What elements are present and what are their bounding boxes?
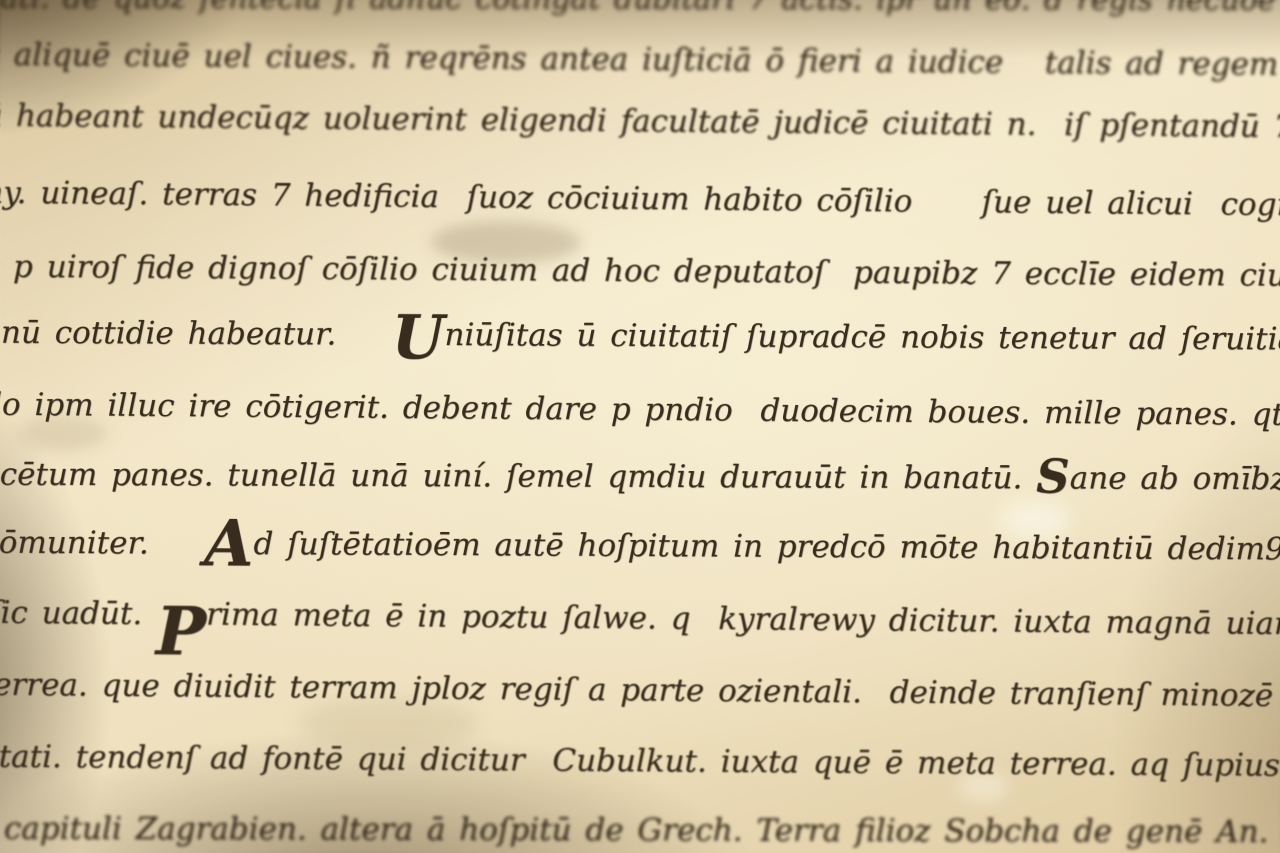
- manuscript-line: terrea. que diuidit terram jploz regiſ a…: [0, 667, 1280, 715]
- line-initial-U: U: [392, 302, 445, 373]
- manuscript-line: ati. de quoz ſentēcia ſi adhuc cōtingat …: [0, 0, 1280, 18]
- line-text: cētum panes. tunellā unā uiní. ſemel qmd…: [0, 457, 1036, 497]
- manuscript-line: cōmuniter. Ad ſuſtētatioēm autē hoſpitum…: [0, 525, 1280, 568]
- manuscript-line: ny. uineaſ. terras 7 hedificia ſuoz cōci…: [0, 175, 1280, 224]
- manuscript-line: capituli Zagrabien. altera ā hoſpitū de …: [0, 811, 1280, 851]
- line-text: capituli Zagrabien. altera ā hoſpitū de …: [4, 811, 1280, 851]
- line-text: terrea. que diuidit terram jploz regiſ a…: [0, 667, 1280, 716]
- line-text: ane ab omībz yſtis ſ: [1070, 460, 1280, 497]
- manuscript-line: ſic uadūt. Prima meta ē in poztu ſalwe. …: [0, 595, 1280, 643]
- line-text: anū cottidie habeatur.: [0, 315, 392, 353]
- line-text: z p uiroſ fide dignoſ cōſilio ciuium ad …: [0, 249, 1280, 295]
- manuscript-line: do ipm illuc ire cōtigerit. debent dare …: [0, 387, 1280, 434]
- line-text: ati. de quoz ſentēcia ſi adhuc cōtingat …: [0, 0, 1280, 18]
- line-initial-S: S: [1036, 449, 1070, 504]
- line-text: ſic uadūt.: [0, 595, 156, 632]
- line-text: d ſuſtētatioēm autē hoſpitum in predcō m…: [253, 526, 1280, 568]
- line-initial-P: P: [156, 591, 207, 670]
- line-text: do ipm illuc ire cōtigerit. debent dare …: [0, 387, 1280, 435]
- line-text: ny. uineaſ. terras 7 hedificia ſuoz cōci…: [0, 175, 1280, 225]
- manuscript-line: z p uiroſ fide dignoſ cōſilio ciuium ad …: [0, 249, 1280, 295]
- manuscript-line: etati. tendenſ ad fontē qui dicitur Cubu…: [0, 739, 1280, 785]
- line-text: etati. tendenſ ad fontē qui dicitur Cubu…: [0, 739, 1280, 784]
- manuscript-line: ā habeant undecūqz uoluerint eligendi fa…: [0, 98, 1280, 146]
- line-text: rima meta ē in poztu ſalwe. q kyralrewy …: [206, 597, 1280, 643]
- line-text: s aliquē ciuē uel ciues. ñ reqrēns antea…: [0, 37, 1280, 85]
- parchment-photo: ati. de quoz ſentēcia ſi adhuc cōtingat …: [0, 0, 1280, 853]
- line-text: cōmuniter.: [0, 525, 204, 562]
- manuscript-line: cētum panes. tunellā unā uiní. ſemel qmd…: [0, 457, 1280, 498]
- manuscript-line: s aliquē ciuē uel ciues. ñ reqrēns antea…: [0, 37, 1280, 84]
- line-initial-A: A: [204, 505, 254, 580]
- line-text: niūſitas ū ciuitatiſ ſupradcē nobis tene…: [444, 317, 1280, 358]
- line-text: ā habeant undecūqz uoluerint eligendi fa…: [0, 98, 1280, 147]
- manuscript-line: anū cottidie habeatur. Uniūſitas ū ciuit…: [0, 315, 1280, 358]
